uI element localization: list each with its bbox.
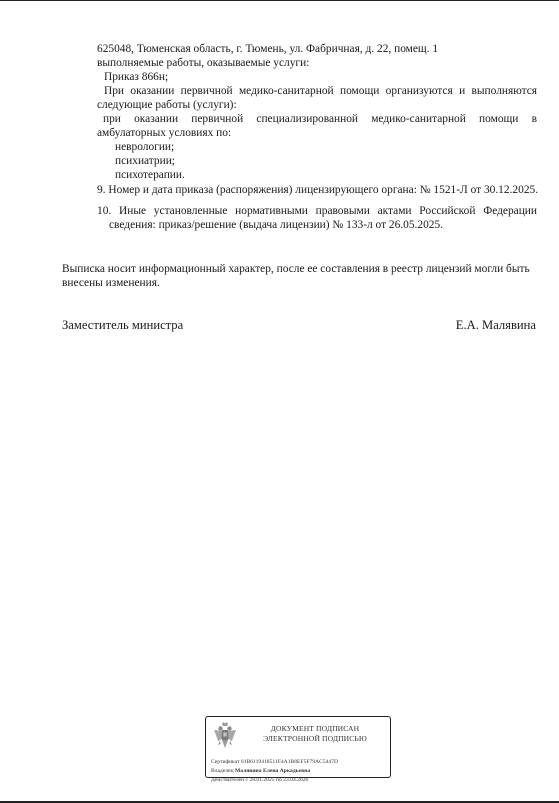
notice-line-2: внесены изменения. <box>62 276 160 290</box>
stamp-certificate: Сертификат 01B6119418511F4A1B8EF5F79AC54… <box>211 759 338 766</box>
certificate-label: Сертификат <box>211 759 239 765</box>
service-item: психиатрии; <box>115 154 175 168</box>
russian-coat-of-arms-icon <box>213 721 237 751</box>
signatory-name: Е.А. Малявина <box>456 318 536 333</box>
primary-care-line-2: следующие работы (услуги): <box>97 98 237 112</box>
service-item: неврологии; <box>115 140 174 154</box>
specialized-care-line-2: амбулаторных условиях по: <box>97 126 231 140</box>
stamp-title-line-2: ЭЛЕКТРОННОЙ ПОДПИСЬЮ <box>242 734 388 744</box>
owner-label: Владелец <box>211 768 234 774</box>
stamp-title: ДОКУМЕНТ ПОДПИСАН ЭЛЕКТРОННОЙ ПОДПИСЬЮ <box>242 724 388 744</box>
stamp-owner: Владелец Малявина Елена Аркадьевна <box>211 768 310 775</box>
order-reference: Приказ 866н; <box>104 70 168 84</box>
owner-value: Малявина Елена Аркадьевна <box>235 768 310 774</box>
item-9-order-number: 9. Номер и дата приказа (распоряжения) л… <box>97 183 538 197</box>
electronic-signature-stamp: ДОКУМЕНТ ПОДПИСАН ЭЛЕКТРОННОЙ ПОДПИСЬЮ С… <box>205 716 391 778</box>
notice-line-1: Выписка носит информационный характер, п… <box>62 262 530 276</box>
stamp-title-line-1: ДОКУМЕНТ ПОДПИСАН <box>242 724 388 734</box>
address-line: 625048, Тюменская область, г. Тюмень, ул… <box>97 42 438 56</box>
signatory-position: Заместитель министра <box>62 318 183 333</box>
service-item: психотерапии. <box>115 168 185 182</box>
primary-care-line-1: При оказании первичной медико-санитарной… <box>104 84 537 98</box>
certificate-value: 01B6119418511F4A1B8EF5F79AC5447D <box>241 759 338 765</box>
item-10-line-1: 10. Иные установленные нормативными прав… <box>97 204 537 218</box>
page-top-edge <box>0 0 559 1</box>
specialized-care-line-1: при оказании первичной специализированно… <box>103 112 537 126</box>
item-10-line-2: сведения: приказ/решение (выдача лицензи… <box>109 218 443 232</box>
works-heading: выполняемые работы, оказываемые услуги: <box>97 56 309 70</box>
stamp-validity: Действителен с 28.01.2025 по 23.04.2026 <box>211 777 308 784</box>
